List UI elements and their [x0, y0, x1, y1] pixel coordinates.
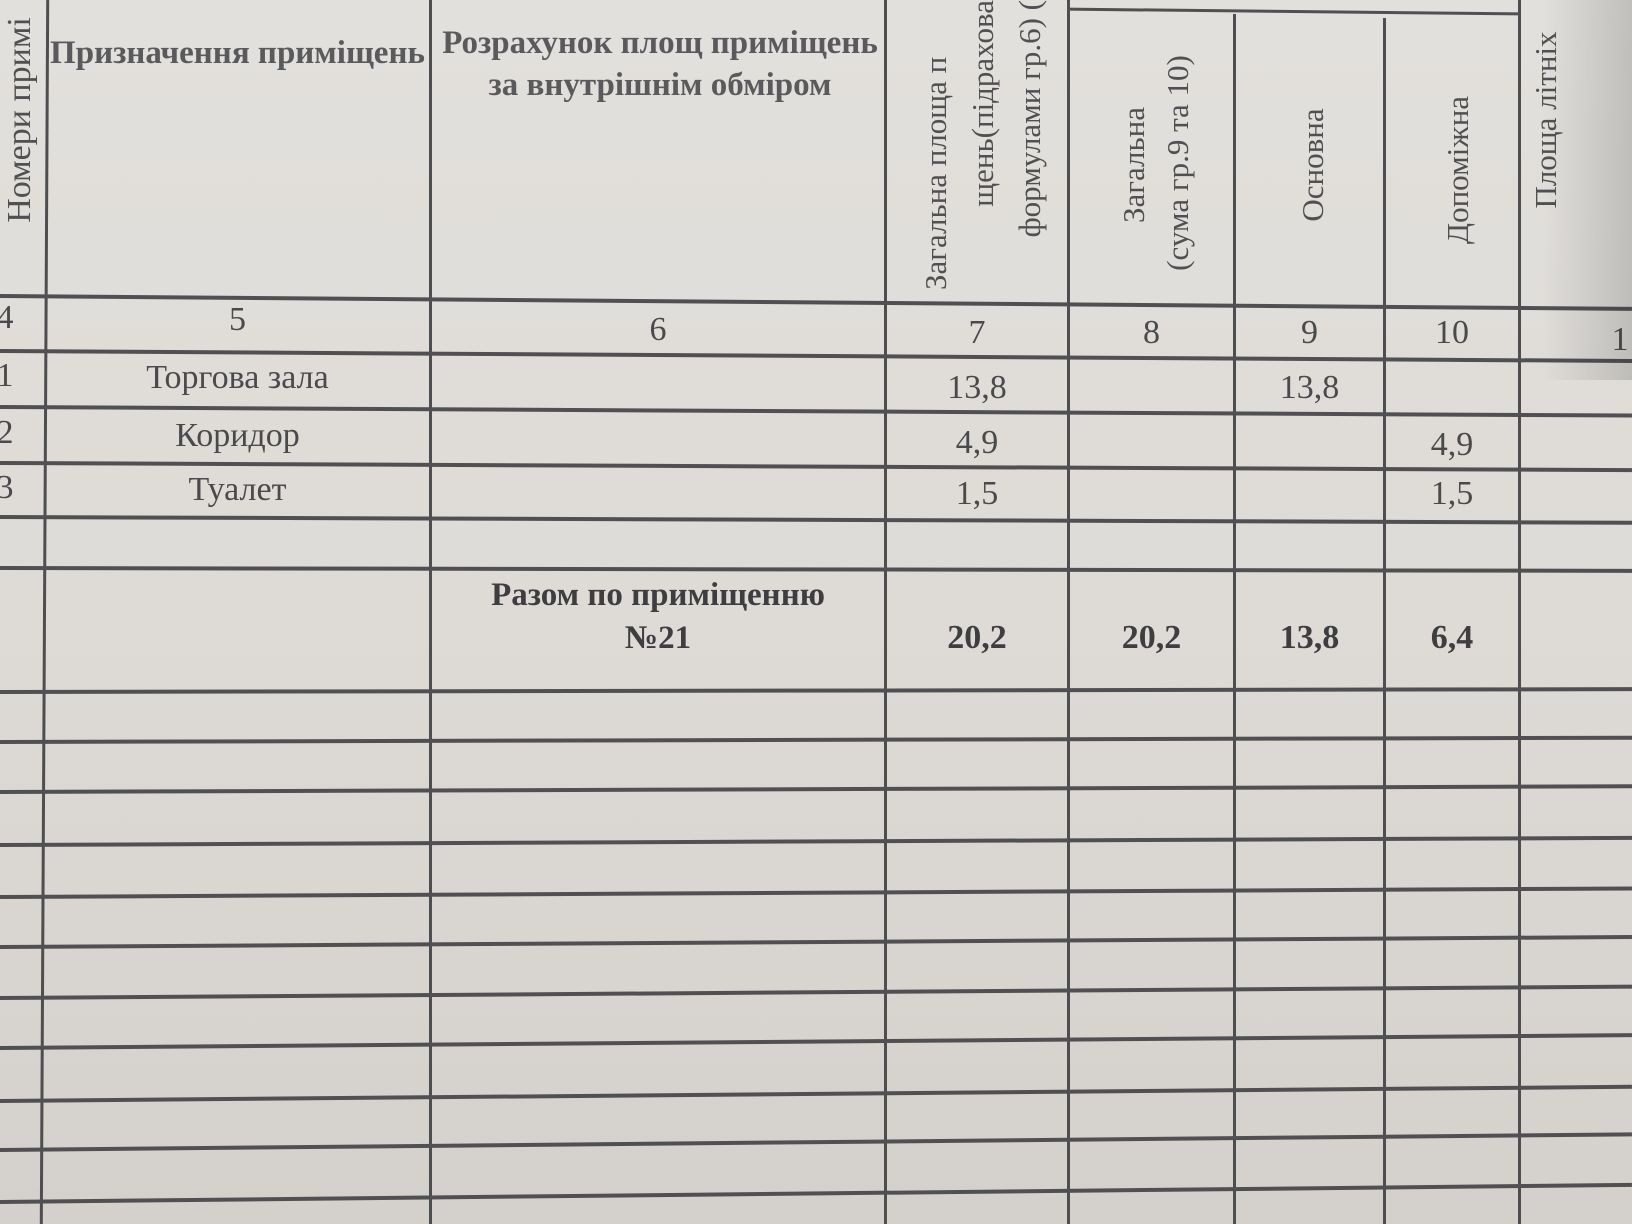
- summary-main-area: 13,8: [1236, 618, 1383, 657]
- column-number: 4: [0, 298, 20, 337]
- room-purpose: Торгова зала: [46, 358, 429, 397]
- grid-line: [0, 1132, 1632, 1152]
- column-number: 7: [887, 313, 1067, 352]
- summary-label-line2: №21: [432, 620, 884, 658]
- summary-total-area: 20,2: [887, 618, 1067, 657]
- room-purpose: Туалет: [46, 470, 429, 509]
- header-room-purpose-text: Призначення приміщень: [50, 35, 425, 71]
- auxiliary-area: 1,5: [1386, 474, 1518, 513]
- grid-line: [0, 515, 1632, 525]
- grid-line: [0, 736, 1632, 744]
- header-summer-area: Площа літніх: [1528, 10, 1564, 230]
- summary-label-line1: Разом по приміщенню: [432, 577, 884, 615]
- column-number: 6: [432, 310, 884, 349]
- summary-auxiliary-area: 6,4: [1386, 618, 1518, 657]
- room-purpose: Коридор: [46, 416, 429, 455]
- grid-line: [1067, 8, 1519, 16]
- header-total-sum-line1: Загальна: [1116, 90, 1152, 240]
- document-page: Номери примі Призначення приміщень Розра…: [0, 0, 1632, 1224]
- column-number: 1: [1600, 320, 1632, 359]
- grid-line: [0, 985, 1632, 1000]
- header-room-purpose: Призначення приміщень: [46, 32, 429, 74]
- column-number: 5: [46, 300, 429, 339]
- header-auxiliary-area: Допоміжна: [1440, 75, 1476, 265]
- grid-line: [40, 0, 49, 1224]
- total-area: 1,5: [887, 474, 1067, 513]
- grid-line: [0, 935, 1632, 949]
- grid-line: [0, 687, 1632, 694]
- header-total-area-line1: Загальна площа п: [918, 0, 954, 290]
- header-total-area-line2: щень(підрахова: [965, 0, 1001, 290]
- row-number: 2: [0, 413, 20, 452]
- header-area-calculation: Розрахунок площ приміщень за внутрішнім …: [440, 22, 880, 106]
- row-number: 1: [0, 356, 20, 395]
- grid-line: [0, 836, 1632, 847]
- grid-line: [0, 566, 1632, 573]
- total-area: 13,8: [887, 368, 1067, 407]
- main-area: 13,8: [1236, 368, 1383, 407]
- grid-line: [0, 1085, 1632, 1103]
- grid-line: [0, 1033, 1632, 1050]
- column-number: 10: [1386, 313, 1518, 352]
- total-area: 4,9: [887, 423, 1067, 462]
- row-number: 3: [0, 468, 20, 507]
- grid-line: [0, 886, 1632, 899]
- grid-line: [0, 784, 1632, 794]
- header-total-sum-line2: (сума гр.9 та 10): [1160, 28, 1196, 298]
- grid-line: [0, 1183, 1632, 1204]
- grid-line: [1518, 0, 1521, 1224]
- column-number: 9: [1236, 313, 1383, 352]
- column-number: 8: [1070, 313, 1233, 352]
- header-room-numbers: Номери примі: [0, 0, 39, 250]
- header-area-calculation-text: Розрахунок площ приміщень за внутрішнім …: [442, 25, 878, 103]
- header-main-area: Основна: [1295, 90, 1331, 240]
- auxiliary-area: 4,9: [1386, 425, 1518, 464]
- summary-total-sum: 20,2: [1070, 618, 1233, 657]
- header-total-area-line3: формулами гр.6) (: [1012, 0, 1048, 290]
